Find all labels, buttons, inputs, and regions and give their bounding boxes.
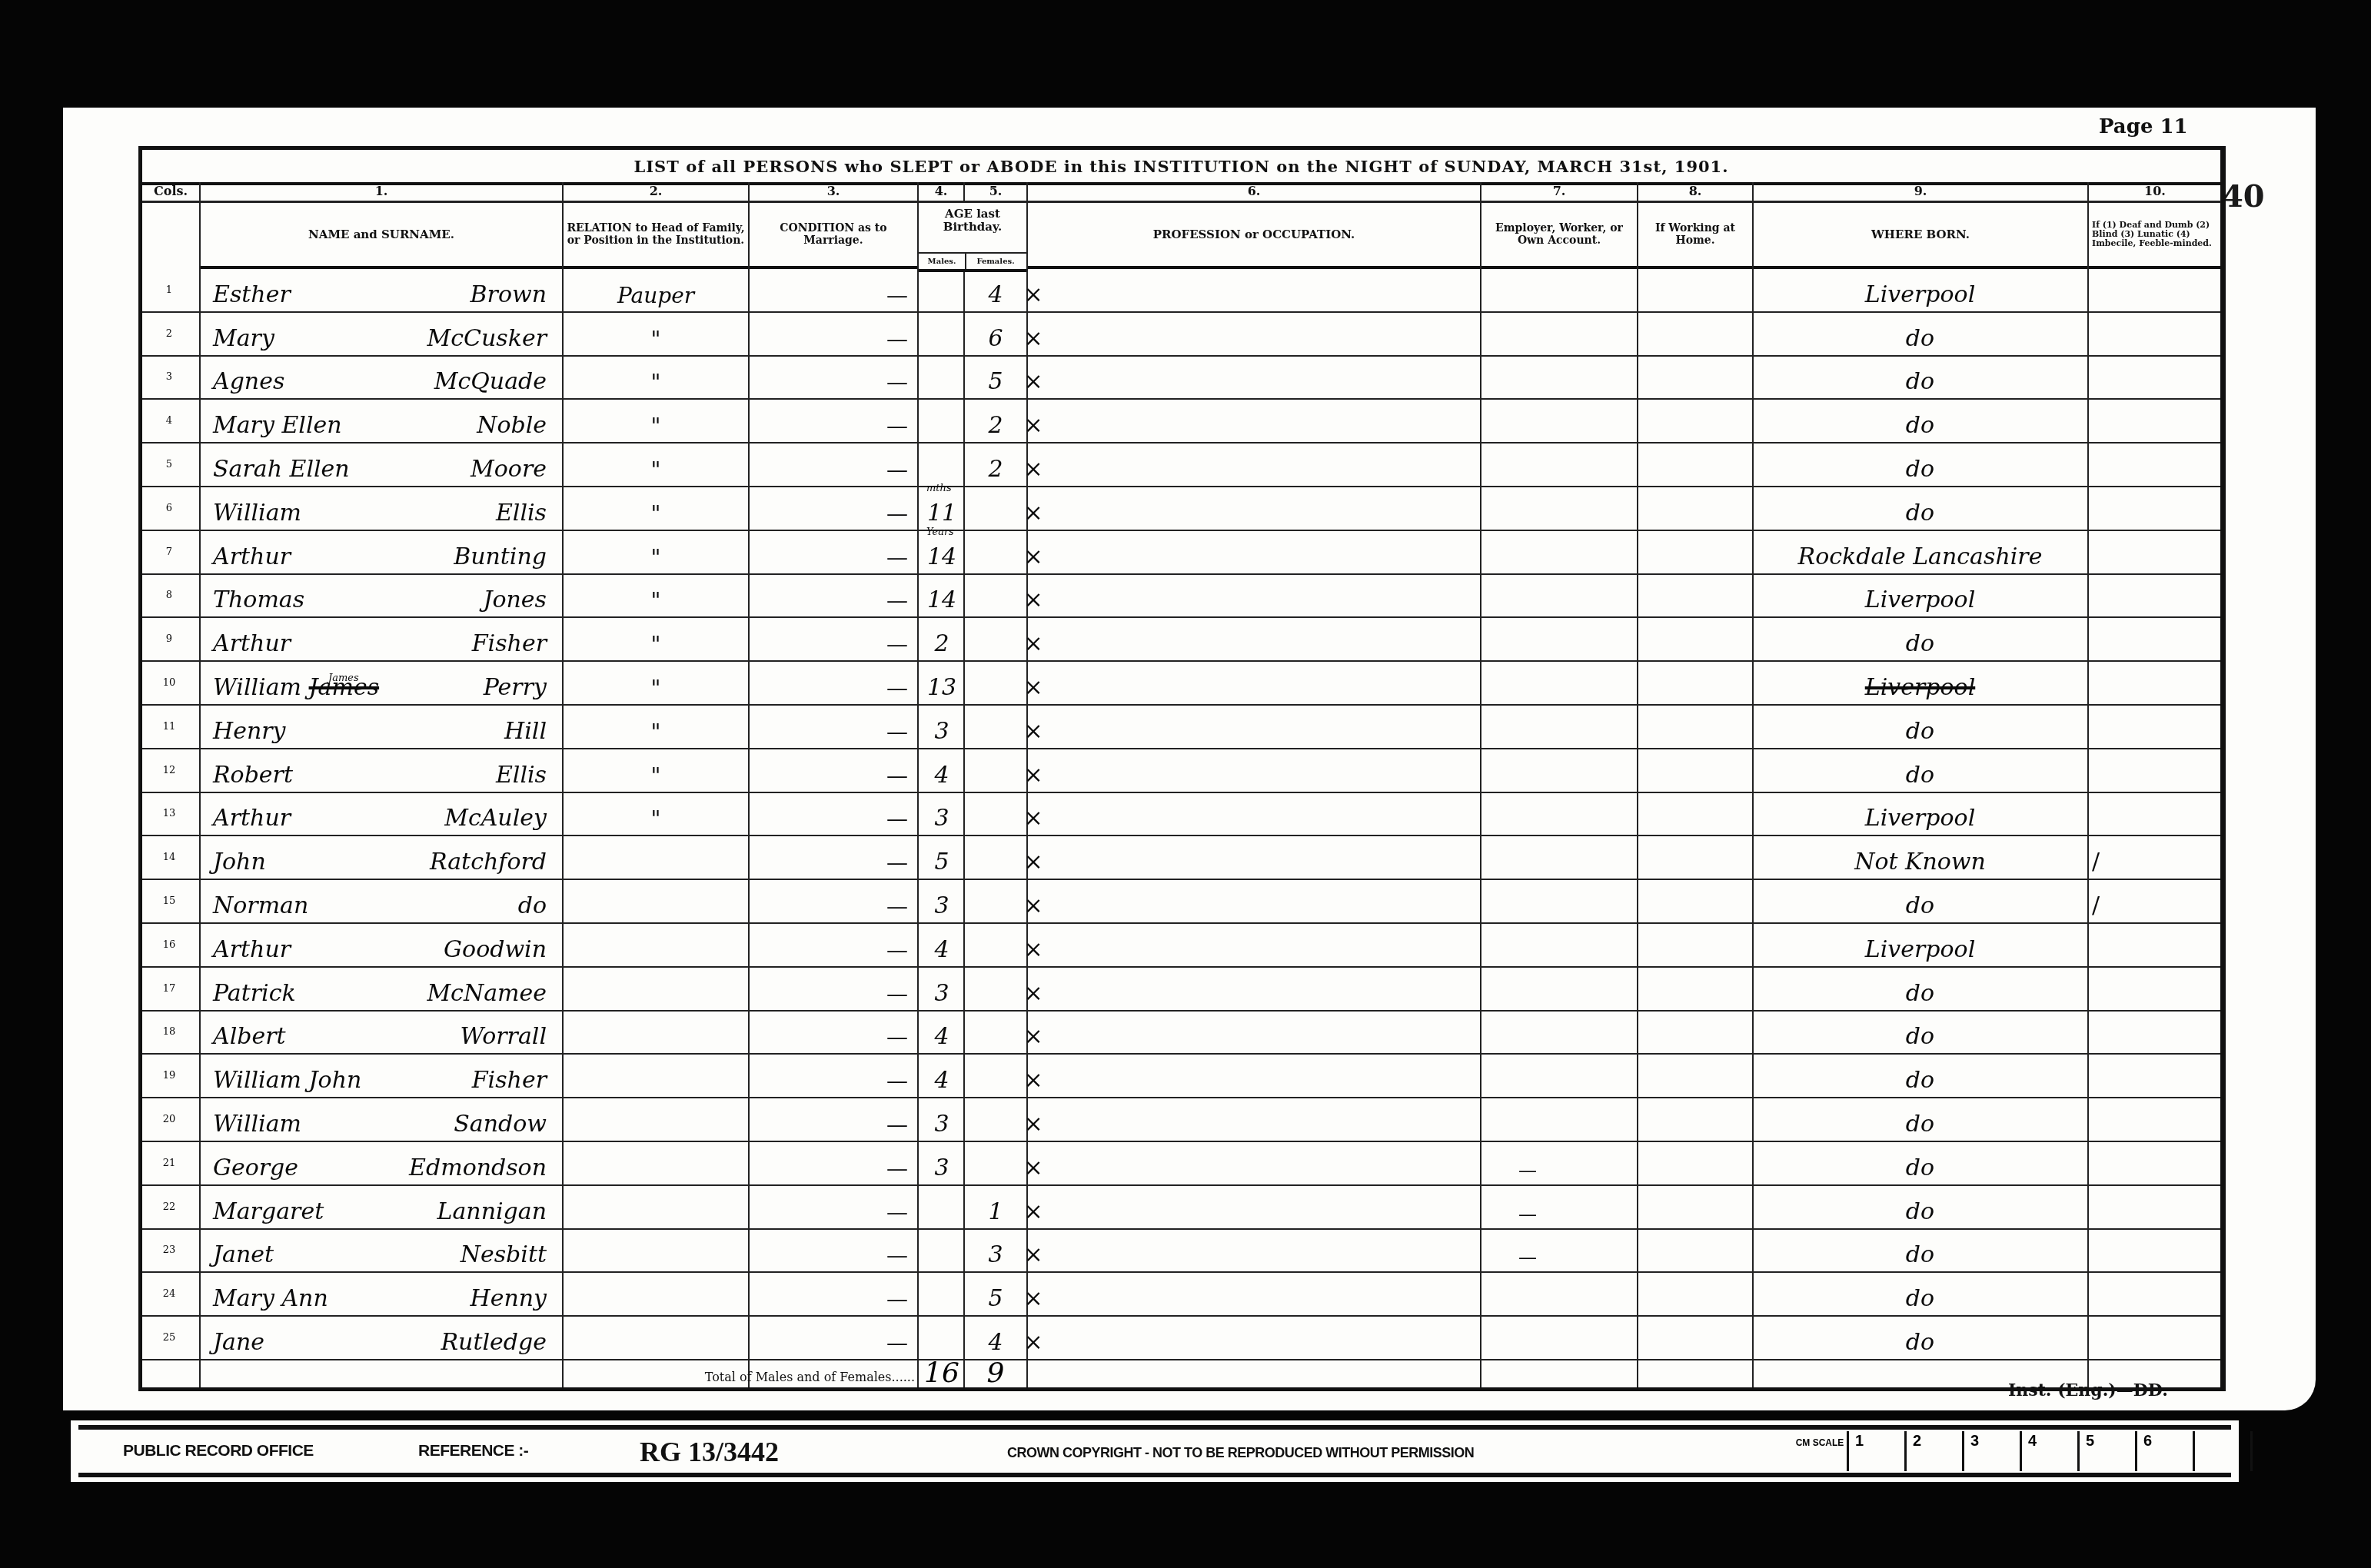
table-row: 25JaneRutledge—4×do: [142, 1317, 2220, 1360]
row-number: 15: [142, 880, 196, 922]
row-number: 14: [142, 836, 196, 879]
employer-status: [1480, 575, 1638, 617]
tally-mark: ×: [1022, 1098, 1045, 1141]
total-males: 16: [919, 1357, 965, 1389]
table-row: 18AlbertWorrall—4×do: [142, 1012, 2220, 1055]
birthplace: do: [1753, 749, 2087, 792]
female-age: [965, 487, 1026, 530]
person-name: ArthurBunting: [201, 531, 562, 573]
surname: Fisher: [472, 1067, 547, 1094]
surname: Worrall: [460, 1023, 547, 1050]
employer-status: [1480, 880, 1638, 922]
female-age: [965, 836, 1026, 879]
birthplace: do: [1753, 313, 2087, 355]
first-name: William: [213, 1111, 301, 1138]
scale-mark: 1: [1847, 1431, 1904, 1471]
table-row: 6WilliamEllis"—mths11×do: [142, 487, 2220, 531]
relation: Pauper: [564, 269, 748, 311]
birthplace: Liverpool: [1753, 269, 2087, 311]
employer-status: [1480, 313, 1638, 355]
totals-row: Total of Males and of Females...... 16 9: [142, 1362, 2220, 1391]
male-age: [919, 357, 965, 399]
first-name-group: William JamesJames: [213, 674, 379, 701]
table-row: 9ArthurFisher"—2×do: [142, 618, 2220, 662]
tally-mark: ×: [1022, 1012, 1045, 1054]
relation: ": [564, 531, 748, 573]
divider: [78, 1473, 2231, 1477]
birthplace: do: [1753, 1055, 2087, 1097]
male-age-value: 4: [934, 1067, 949, 1094]
tally-mark: ×: [1022, 400, 1045, 442]
female-age: 1: [965, 1186, 1026, 1228]
condition-mark: —: [750, 706, 917, 748]
condition-mark: —: [750, 793, 917, 835]
tally-mark: ×: [1022, 1142, 1045, 1184]
condition-mark: —: [750, 1273, 917, 1315]
person-name: ArthurGoodwin: [201, 924, 562, 966]
person-name: HenryHill: [201, 706, 562, 748]
employer-status: [1480, 793, 1638, 835]
tally-mark: ×: [1022, 880, 1045, 922]
employer-status: [1480, 487, 1638, 530]
surname: McNamee: [427, 980, 547, 1007]
surname: Hill: [504, 718, 547, 745]
person-name: JaneRutledge: [201, 1317, 562, 1359]
divider: [78, 1425, 2231, 1430]
male-age-value: 3: [934, 1111, 949, 1138]
surname: Brown: [471, 281, 547, 308]
male-age: [919, 1273, 965, 1315]
row-number: 17: [142, 968, 196, 1010]
surname: do: [518, 892, 547, 919]
census-rows: 1EstherBrownPauper—4×Liverpool2MaryMcCus…: [142, 269, 2220, 1360]
surname: Henny: [470, 1285, 547, 1312]
male-age: mths11: [919, 487, 965, 530]
condition-mark: —: [750, 269, 917, 311]
infirmity-mark: [2087, 1055, 2226, 1097]
male-age: [919, 443, 965, 486]
male-age: [919, 313, 965, 355]
male-age-value: 3: [934, 980, 949, 1007]
person-name: ThomasJones: [201, 575, 562, 617]
male-age: 3: [919, 1142, 965, 1184]
tally-mark: ×: [1022, 618, 1045, 660]
surname: Bunting: [454, 543, 547, 570]
col-number: 9.: [1754, 182, 2087, 203]
first-name: Thomas: [213, 586, 304, 613]
female-age: [965, 575, 1026, 617]
col-heading: PROFESSION or OCCUPATION.: [1028, 203, 1480, 269]
condition-mark: —: [750, 531, 917, 573]
first-name: Albert: [213, 1023, 286, 1050]
male-age-value: 11: [927, 500, 956, 527]
tally-mark: ×: [1022, 793, 1045, 835]
table-row: 10William JamesJamesPerry"—13×Liverpool: [142, 662, 2220, 706]
archive-name: PUBLIC RECORD OFFICE: [123, 1442, 314, 1460]
row-number: 6: [142, 487, 196, 530]
first-name: Arthur: [213, 805, 291, 832]
person-name: Mary AnnHenny: [201, 1273, 562, 1315]
person-name: RobertEllis: [201, 749, 562, 792]
relation: ": [564, 443, 748, 486]
infirmity-mark: [2087, 662, 2226, 704]
birthplace: Not Known: [1753, 836, 2087, 879]
condition-mark: —: [750, 618, 917, 660]
person-name: ArthurFisher: [201, 618, 562, 660]
relation: [564, 836, 748, 879]
table-row: 11HenryHill"—3×do: [142, 706, 2220, 749]
person-name: William JohnFisher: [201, 1055, 562, 1097]
employer-status: [1480, 1098, 1638, 1141]
birthplace: do: [1753, 1273, 2087, 1315]
infirmity-mark: [2087, 575, 2226, 617]
table-row: 13ArthurMcAuley"—3×Liverpool: [142, 793, 2220, 837]
row-number: 13: [142, 793, 196, 835]
infirmity-mark: [2087, 706, 2226, 748]
table-row: 1EstherBrownPauper—4×Liverpool: [142, 269, 2220, 313]
infirmity-mark: [2087, 313, 2226, 355]
employer-status: [1480, 749, 1638, 792]
surname: McQuade: [434, 368, 547, 395]
male-age: 3: [919, 1098, 965, 1141]
tally-mark: ×: [1022, 443, 1045, 486]
male-age: [919, 269, 965, 311]
male-age: 3: [919, 793, 965, 835]
female-age: 5: [965, 1273, 1026, 1315]
male-age-value: 3: [934, 892, 949, 919]
condition-mark: —: [750, 1098, 917, 1141]
table-row: 21GeorgeEdmondson—3×—do: [142, 1142, 2220, 1186]
female-age: [965, 924, 1026, 966]
form-title: LIST of all PERSONS who SLEPT or ABODE i…: [142, 150, 2220, 185]
age-heading: AGE last Birthday. Males. Females.: [919, 203, 1026, 272]
surname: Ratchford: [430, 849, 547, 875]
tally-mark: ×: [1022, 487, 1045, 530]
first-name: Agnes: [213, 368, 284, 395]
page-number: Page 11: [2099, 115, 2188, 138]
col-number: 7.: [1481, 182, 1637, 203]
employer-status: [1480, 968, 1638, 1010]
relation: ": [564, 749, 748, 792]
male-age-value: 4: [934, 762, 949, 789]
col-heading: Employer, Worker, or Own Account.: [1481, 203, 1637, 269]
row-number: 24: [142, 1273, 196, 1315]
surname: Fisher: [472, 630, 547, 657]
col-number: 4.: [919, 182, 963, 203]
condition-mark: —: [750, 313, 917, 355]
row-number: 10: [142, 662, 196, 704]
condition-mark: —: [750, 924, 917, 966]
male-age-value: 5: [934, 849, 949, 875]
table-row: 20WilliamSandow—3×do: [142, 1098, 2220, 1142]
birthplace: do: [1753, 487, 2087, 530]
scale-mark: 5: [2077, 1431, 2135, 1471]
condition-mark: —: [750, 1055, 917, 1097]
table-row: 3AgnesMcQuade"—5×do: [142, 357, 2220, 400]
first-name: Patrick: [213, 980, 296, 1007]
col-number: 10.: [2089, 182, 2221, 203]
female-age: [965, 1055, 1026, 1097]
female-age: [965, 1098, 1026, 1141]
relation: [564, 1230, 748, 1272]
female-age: 4: [965, 269, 1026, 311]
male-age: 3: [919, 880, 965, 922]
birthplace: do: [1753, 968, 2087, 1010]
infirmity-mark: [2087, 487, 2226, 530]
female-age: [965, 880, 1026, 922]
first-name: Henry: [213, 718, 286, 745]
condition-mark: —: [750, 749, 917, 792]
condition-mark: —: [750, 1230, 917, 1272]
female-age: [965, 618, 1026, 660]
male-age: 3: [919, 968, 965, 1010]
table-row: 15Normando—3×do/: [142, 880, 2220, 924]
relation: ": [564, 313, 748, 355]
surname: Perry: [484, 674, 547, 701]
employer-status: [1480, 1055, 1638, 1097]
infirmity-mark: [2087, 749, 2226, 792]
age-heading-label: AGE last Birthday.: [919, 203, 1026, 234]
birthplace: do: [1753, 706, 2087, 748]
tally-mark: ×: [1022, 1230, 1045, 1272]
scale-mark: [2193, 1431, 2253, 1471]
table-row: 8ThomasJones"—14×Liverpool: [142, 575, 2220, 619]
first-name: Arthur: [213, 936, 291, 963]
condition-mark: —: [750, 968, 917, 1010]
male-age-value: 2: [934, 630, 949, 657]
row-number: 7: [142, 531, 196, 573]
condition-mark: —: [750, 400, 917, 442]
birthplace: Liverpool: [1753, 793, 2087, 835]
female-age: [965, 531, 1026, 573]
birthplace: do: [1753, 1012, 2087, 1054]
infirmity-mark: [2087, 793, 2226, 835]
first-name: William: [213, 674, 301, 701]
col-heading: RELATION to Head of Family, or Position …: [564, 203, 748, 269]
person-name: William JamesJamesPerry: [201, 662, 562, 704]
birthplace: do: [1753, 618, 2087, 660]
table-row: 23JanetNesbitt—3×—do: [142, 1230, 2220, 1274]
reference-label: REFERENCE :-: [418, 1442, 528, 1460]
person-name: Normando: [201, 880, 562, 922]
col-heading: WHERE BORN.: [1754, 203, 2087, 269]
table-row: 24Mary AnnHenny—5×do: [142, 1273, 2220, 1317]
first-name: Mary: [213, 325, 274, 352]
col-heading: CONDITION as to Marriage.: [750, 203, 917, 269]
female-age: [965, 1142, 1026, 1184]
male-age: 14: [919, 575, 965, 617]
surname: Nesbitt: [461, 1241, 547, 1268]
tally-mark: ×: [1022, 1186, 1045, 1228]
row-number: 8: [142, 575, 196, 617]
row-number: 19: [142, 1055, 196, 1097]
birthplace: do: [1753, 443, 2087, 486]
col-number: 3.: [750, 182, 917, 203]
male-age: [919, 400, 965, 442]
female-age: 3: [965, 1230, 1026, 1272]
table-row: 16ArthurGoodwin—4×Liverpool: [142, 924, 2220, 968]
row-number: 23: [142, 1230, 196, 1272]
infirmity-mark: [2087, 1012, 2226, 1054]
condition-mark: —: [750, 836, 917, 879]
row-number: 18: [142, 1012, 196, 1054]
relation: [564, 1055, 748, 1097]
surname: Rutledge: [441, 1329, 547, 1356]
row-number: 21: [142, 1142, 196, 1184]
reference-bar: PUBLIC RECORD OFFICE REFERENCE :- RG 13/…: [71, 1420, 2239, 1482]
male-age: 4: [919, 1012, 965, 1054]
birthplace: Rockdale Lancashire: [1753, 531, 2087, 573]
condition-mark: —: [750, 1186, 917, 1228]
surname: Noble: [477, 412, 547, 439]
tally-mark: ×: [1022, 706, 1045, 748]
condition-mark: —: [750, 662, 917, 704]
birthplace: do: [1753, 880, 2087, 922]
relation: [564, 1317, 748, 1359]
infirmity-mark: [2087, 1098, 2226, 1141]
col-number: 2.: [564, 182, 748, 203]
person-name: JohnRatchford: [201, 836, 562, 879]
relation: [564, 924, 748, 966]
first-name: Sarah Ellen: [213, 456, 350, 483]
condition-mark: —: [750, 487, 917, 530]
male-age-value: 3: [934, 1154, 949, 1181]
infirmity-mark: [2087, 357, 2226, 399]
females-subheading: Females.: [965, 252, 1026, 269]
female-age: 6: [965, 313, 1026, 355]
relation: [564, 1098, 748, 1141]
first-name: Janet: [213, 1241, 274, 1268]
row-number: 5: [142, 443, 196, 486]
col-number: 6.: [1028, 182, 1480, 203]
first-name: Mary Ellen: [213, 412, 342, 439]
first-name: Norman: [213, 892, 308, 919]
employer-status: [1480, 924, 1638, 966]
col-heading: If (1) Deaf and Dumb (2) Blind (3) Lunat…: [2089, 203, 2221, 269]
tally-mark: ×: [1022, 269, 1045, 311]
tally-mark: ×: [1022, 1055, 1045, 1097]
employer-status: —: [1480, 1186, 1638, 1228]
female-age: [965, 1012, 1026, 1054]
infirmity-mark: /: [2087, 880, 2226, 922]
row-number: 22: [142, 1186, 196, 1228]
first-name: William John: [213, 1067, 361, 1094]
female-age: [965, 793, 1026, 835]
female-age: 2: [965, 443, 1026, 486]
tally-mark: ×: [1022, 749, 1045, 792]
scale-mark: 6: [2135, 1431, 2193, 1471]
employer-status: [1480, 1012, 1638, 1054]
condition-mark: —: [750, 1012, 917, 1054]
birthplace: Liverpool: [1753, 662, 2087, 704]
reference-code: RG 13/3442: [640, 1436, 779, 1468]
row-number: 2: [142, 313, 196, 355]
copyright-notice: CROWN COPYRIGHT - NOT TO BE REPRODUCED W…: [1007, 1445, 1474, 1461]
relation: ": [564, 487, 748, 530]
surname: Sandow: [454, 1111, 547, 1138]
infirmity-mark: [2087, 618, 2226, 660]
table-row: 14JohnRatchford—5×Not Known/: [142, 836, 2220, 880]
person-name: GeorgeEdmondson: [201, 1142, 562, 1184]
table-row: 2MaryMcCusker"—6×do: [142, 313, 2220, 357]
infirmity-mark: [2087, 400, 2226, 442]
person-name: MaryMcCusker: [201, 313, 562, 355]
first-name: Margaret: [213, 1198, 324, 1225]
person-name: MargaretLannigan: [201, 1186, 562, 1228]
row-number: 9: [142, 618, 196, 660]
surname: Edmondson: [409, 1154, 547, 1181]
tally-mark: ×: [1022, 1273, 1045, 1315]
form-code: Inst. (Eng.)—DD.: [2008, 1380, 2168, 1400]
female-age: 2: [965, 400, 1026, 442]
first-name: Arthur: [213, 543, 291, 570]
employer-status: —: [1480, 1230, 1638, 1272]
scale-label: CM SCALE: [1793, 1431, 1847, 1471]
relation: ": [564, 706, 748, 748]
col-number: 1.: [201, 182, 562, 203]
person-name: WilliamEllis: [201, 487, 562, 530]
relation: [564, 1186, 748, 1228]
row-number: 20: [142, 1098, 196, 1141]
first-name: William: [213, 500, 301, 527]
col-heading: If Working at Home.: [1638, 203, 1752, 269]
female-age: 5: [965, 357, 1026, 399]
surname: Jones: [483, 586, 547, 613]
relation: [564, 880, 748, 922]
male-age: 4: [919, 749, 965, 792]
row-number: 3: [142, 357, 196, 399]
employer-status: [1480, 443, 1638, 486]
col-number: Cols.: [142, 182, 199, 203]
relation: [564, 1142, 748, 1184]
tally-mark: ×: [1022, 575, 1045, 617]
male-age-value: 3: [934, 805, 949, 832]
row-number: 16: [142, 924, 196, 966]
infirmity-mark: /: [2087, 836, 2226, 879]
scale-mark: 4: [2020, 1431, 2077, 1471]
birthplace: do: [1753, 1317, 2087, 1359]
relation: ": [564, 793, 748, 835]
surname: Goodwin: [444, 936, 547, 963]
male-age-value: 4: [934, 1023, 949, 1050]
surname: McCusker: [427, 325, 547, 352]
scale-mark: 2: [1904, 1431, 1962, 1471]
relation: ": [564, 575, 748, 617]
infirmity-mark: [2087, 924, 2226, 966]
female-age: [965, 749, 1026, 792]
female-age: [965, 968, 1026, 1010]
male-age: [919, 1186, 965, 1228]
tally-mark: ×: [1022, 357, 1045, 399]
condition-mark: —: [750, 575, 917, 617]
infirmity-mark: [2087, 1230, 2226, 1272]
first-name: Arthur: [213, 630, 291, 657]
person-name: WilliamSandow: [201, 1098, 562, 1141]
person-name: EstherBrown: [201, 269, 562, 311]
folio-number: 40: [2222, 178, 2265, 214]
male-age: [919, 1230, 965, 1272]
col-number: 8.: [1638, 182, 1752, 203]
tally-mark: ×: [1022, 313, 1045, 355]
tally-mark: ×: [1022, 836, 1045, 879]
relation: ": [564, 662, 748, 704]
males-subheading: Males.: [919, 252, 966, 269]
employer-status: [1480, 269, 1638, 311]
male-age-value: 13: [927, 674, 956, 701]
first-name: Jane: [213, 1329, 264, 1356]
birthplace: do: [1753, 400, 2087, 442]
condition-mark: —: [750, 1317, 917, 1359]
